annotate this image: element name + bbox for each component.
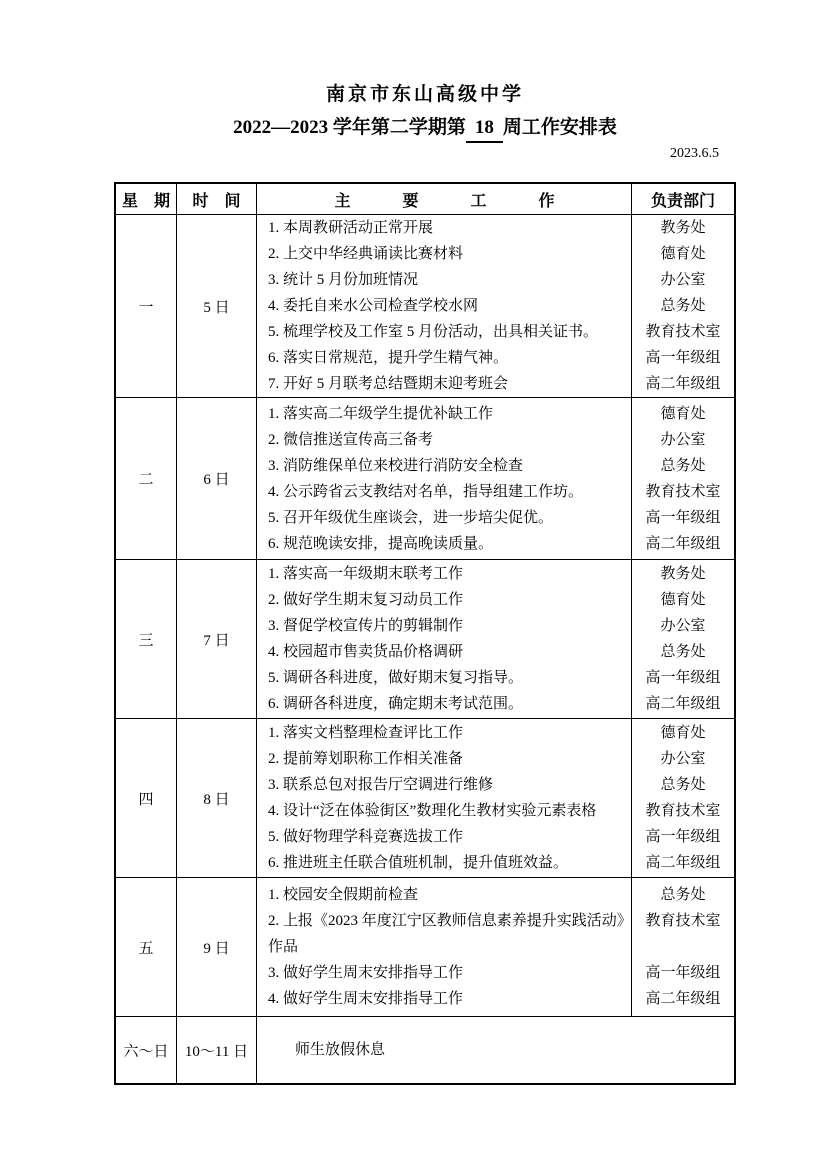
header-day: 星 期	[116, 184, 177, 214]
work-item: 4. 设计“泛在体验街区”数理化生教材实验元素表格 教育技术室	[257, 798, 734, 824]
dept-text: 德育处	[632, 401, 734, 427]
work-text: 5. 调研各科进度，做好期末复习指导。	[257, 665, 632, 691]
dept-text: 总务处	[632, 453, 734, 479]
header-time: 时 间	[177, 184, 257, 214]
work-text: 6. 规范晚读安排，提高晚读质量。	[257, 531, 632, 557]
header-department: 负责部门	[632, 184, 734, 214]
dept-text: 办公室	[632, 746, 734, 772]
work-item: 5. 调研各科进度，做好期末复习指导。 高一年级组	[257, 665, 734, 691]
dept-text: 德育处	[632, 720, 734, 746]
work-list: 1. 校园安全假期前检查 总务处 2. 上报《2023 年度江宁区教师信息素养提…	[257, 878, 734, 1016]
dept-text: 高二年级组	[632, 531, 734, 557]
dept-text: 办公室	[632, 267, 734, 293]
dept-text: 办公室	[632, 613, 734, 639]
work-text: 4. 公示跨省云支教结对名单，指导组建工作坊。	[257, 479, 632, 505]
time-cell: 6 日	[177, 398, 257, 559]
dept-text: 教务处	[632, 561, 734, 587]
dept-text: 高二年级组	[632, 691, 734, 717]
work-item: 1. 落实高二年级学生提优补缺工作 德育处	[257, 401, 734, 427]
day-cell: 三	[116, 560, 177, 718]
work-list: 1. 落实高二年级学生提优补缺工作 德育处 2. 微信推送宣传高三备考 办公室 …	[257, 398, 734, 559]
work-text: 7. 开好 5 月联考总结暨期末迎考班会	[257, 371, 632, 397]
work-text: 2. 上报《2023 年度江宁区教师信息素养提升实践活动》作品	[257, 908, 632, 960]
dept-text: 高二年级组	[632, 371, 734, 397]
work-item: 4. 校园超市售卖货品价格调研 总务处	[257, 639, 734, 665]
table-row-weekend: 六～日 10～11 日 师生放假休息	[116, 1016, 734, 1083]
dept-text: 高一年级组	[632, 345, 734, 371]
work-item: 师生放假休息	[257, 1037, 734, 1063]
dept-text: 教育技术室	[632, 908, 734, 934]
work-item: 3. 联系总包对报告厅空调进行维修 总务处	[257, 772, 734, 798]
work-item: 6. 规范晚读安排，提高晚读质量。 高二年级组	[257, 531, 734, 557]
work-text: 6. 调研各科进度，确定期末考试范围。	[257, 691, 632, 717]
work-item: 2. 微信推送宣传高三备考 办公室	[257, 427, 734, 453]
work-text: 2. 做好学生期末复习动员工作	[257, 587, 632, 613]
work-text: 1. 落实高二年级学生提优补缺工作	[257, 401, 632, 427]
dept-text: 德育处	[632, 241, 734, 267]
day-cell: 二	[116, 398, 177, 559]
document-page: 南京市东山高级中学 2022—2023 学年第二学期第18周工作安排表 2023…	[114, 84, 736, 1085]
day-cell: 六～日	[116, 1017, 177, 1083]
work-item: 2. 上报《2023 年度江宁区教师信息素养提升实践活动》作品 教育技术室	[257, 908, 734, 960]
work-text: 6. 推进班主任联合值班机制，提升值班效益。	[257, 850, 632, 876]
header-main-work: 主要工作	[257, 184, 632, 214]
work-item: 5. 做好物理学科竞赛选拔工作 高一年级组	[257, 824, 734, 850]
work-item: 1. 校园安全假期前检查 总务处	[257, 882, 734, 908]
work-item: 1. 落实高一年级期末联考工作 教务处	[257, 561, 734, 587]
time-cell: 5 日	[177, 215, 257, 397]
dept-text: 教务处	[632, 215, 734, 241]
dept-text: 高一年级组	[632, 665, 734, 691]
work-item: 3. 统计 5 月份加班情况 办公室	[257, 267, 734, 293]
time-cell: 7 日	[177, 560, 257, 718]
work-text: 4. 委托自来水公司检查学校水网	[257, 293, 632, 319]
time-cell: 10～11 日	[177, 1017, 257, 1083]
work-text: 2. 提前筹划职称工作相关准备	[257, 746, 632, 772]
work-text: 1. 落实高一年级期末联考工作	[257, 561, 632, 587]
dept-text: 教育技术室	[632, 319, 734, 345]
work-item: 6. 落实日常规范，提升学生精气神。 高一年级组	[257, 345, 734, 371]
work-text: 1. 落实文档整理检查评比工作	[257, 720, 632, 746]
work-text: 5. 梳理学校及工作室 5 月份活动，出具相关证书。	[257, 319, 632, 345]
schedule-table: 星 期 时 间 主要工作 负责部门 一 5 日 1. 本周教研活动正常开展 教务…	[114, 182, 736, 1085]
dept-text: 总务处	[632, 639, 734, 665]
work-text: 5. 召开年级优生座谈会，进一步培尖促优。	[257, 505, 632, 531]
day-cell: 五	[116, 878, 177, 1016]
work-item: 6. 推进班主任联合值班机制，提升值班效益。 高二年级组	[257, 850, 734, 876]
table-header-row: 星 期 时 间 主要工作 负责部门	[116, 184, 734, 214]
work-item: 4. 公示跨省云支教结对名单，指导组建工作坊。 教育技术室	[257, 479, 734, 505]
work-text: 3. 消防维保单位来校进行消防安全检查	[257, 453, 632, 479]
work-list: 师生放假休息	[257, 1017, 734, 1083]
work-item: 2. 上交中华经典诵读比赛材料 德育处	[257, 241, 734, 267]
work-item: 5. 召开年级优生座谈会，进一步培尖促优。 高一年级组	[257, 505, 734, 531]
work-item: 2. 做好学生期末复习动员工作 德育处	[257, 587, 734, 613]
table-row-thursday: 四 8 日 1. 落实文档整理检查评比工作 德育处 2. 提前筹划职称工作相关准…	[116, 718, 734, 877]
table-row-wednesday: 三 7 日 1. 落实高一年级期末联考工作 教务处 2. 做好学生期末复习动员工…	[116, 559, 734, 718]
work-list: 1. 落实文档整理检查评比工作 德育处 2. 提前筹划职称工作相关准备 办公室 …	[257, 719, 734, 877]
work-text: 3. 联系总包对报告厅空调进行维修	[257, 772, 632, 798]
dept-text: 高一年级组	[632, 960, 734, 986]
document-date: 2023.6.5	[114, 145, 736, 162]
work-item: 1. 本周教研活动正常开展 教务处	[257, 215, 734, 241]
work-text: 4. 校园超市售卖货品价格调研	[257, 639, 632, 665]
dept-text: 总务处	[632, 882, 734, 908]
work-text: 6. 落实日常规范，提升学生精气神。	[257, 345, 632, 371]
work-list: 1. 本周教研活动正常开展 教务处 2. 上交中华经典诵读比赛材料 德育处 3.…	[257, 215, 734, 397]
dept-text: 高二年级组	[632, 850, 734, 876]
dept-text: 高一年级组	[632, 824, 734, 850]
work-text: 2. 上交中华经典诵读比赛材料	[257, 241, 632, 267]
work-text: 5. 做好物理学科竞赛选拔工作	[257, 824, 632, 850]
work-text: 4. 设计“泛在体验街区”数理化生教材实验元素表格	[257, 798, 632, 824]
work-item: 3. 消防维保单位来校进行消防安全检查 总务处	[257, 453, 734, 479]
work-text: 1. 校园安全假期前检查	[257, 882, 632, 908]
subtitle-suffix: 周工作安排表	[503, 117, 617, 138]
time-cell: 9 日	[177, 878, 257, 1016]
work-list: 1. 落实高一年级期末联考工作 教务处 2. 做好学生期末复习动员工作 德育处 …	[257, 560, 734, 718]
subtitle-prefix: 2022—2023 学年第二学期第	[233, 117, 466, 138]
dept-text: 德育处	[632, 587, 734, 613]
work-item: 7. 开好 5 月联考总结暨期末迎考班会 高二年级组	[257, 371, 734, 397]
work-item: 3. 做好学生周末安排指导工作 高一年级组	[257, 960, 734, 986]
day-cell: 一	[116, 215, 177, 397]
dept-text: 教育技术室	[632, 798, 734, 824]
work-text: 4. 做好学生周末安排指导工作	[257, 986, 632, 1012]
dept-text: 办公室	[632, 427, 734, 453]
dept-text: 教育技术室	[632, 479, 734, 505]
work-text: 2. 微信推送宣传高三备考	[257, 427, 632, 453]
day-cell: 四	[116, 719, 177, 877]
work-item: 5. 梳理学校及工作室 5 月份活动，出具相关证书。 教育技术室	[257, 319, 734, 345]
work-text: 3. 做好学生周末安排指导工作	[257, 960, 632, 986]
dept-text: 高二年级组	[632, 986, 734, 1012]
table-row-friday: 五 9 日 1. 校园安全假期前检查 总务处 2. 上报《2023 年度江宁区教…	[116, 877, 734, 1016]
work-item: 1. 落实文档整理检查评比工作 德育处	[257, 720, 734, 746]
work-item: 6. 调研各科进度，确定期末考试范围。 高二年级组	[257, 691, 734, 717]
work-text: 师生放假休息	[257, 1037, 734, 1063]
dept-text: 总务处	[632, 293, 734, 319]
work-item: 3. 督促学校宣传片的剪辑制作 办公室	[257, 613, 734, 639]
work-text: 1. 本周教研活动正常开展	[257, 215, 632, 241]
page-subtitle: 2022—2023 学年第二学期第18周工作安排表	[114, 116, 736, 143]
work-text: 3. 督促学校宣传片的剪辑制作	[257, 613, 632, 639]
dept-text: 高一年级组	[632, 505, 734, 531]
work-item: 2. 提前筹划职称工作相关准备 办公室	[257, 746, 734, 772]
week-number: 18	[466, 116, 503, 143]
work-text: 3. 统计 5 月份加班情况	[257, 267, 632, 293]
table-row-tuesday: 二 6 日 1. 落实高二年级学生提优补缺工作 德育处 2. 微信推送宣传高三备…	[116, 397, 734, 559]
time-cell: 8 日	[177, 719, 257, 877]
work-item: 4. 做好学生周末安排指导工作 高二年级组	[257, 986, 734, 1012]
dept-text: 总务处	[632, 772, 734, 798]
work-item: 4. 委托自来水公司检查学校水网 总务处	[257, 293, 734, 319]
table-row-monday: 一 5 日 1. 本周教研活动正常开展 教务处 2. 上交中华经典诵读比赛材料 …	[116, 214, 734, 397]
page-title: 南京市东山高级中学	[114, 84, 736, 106]
